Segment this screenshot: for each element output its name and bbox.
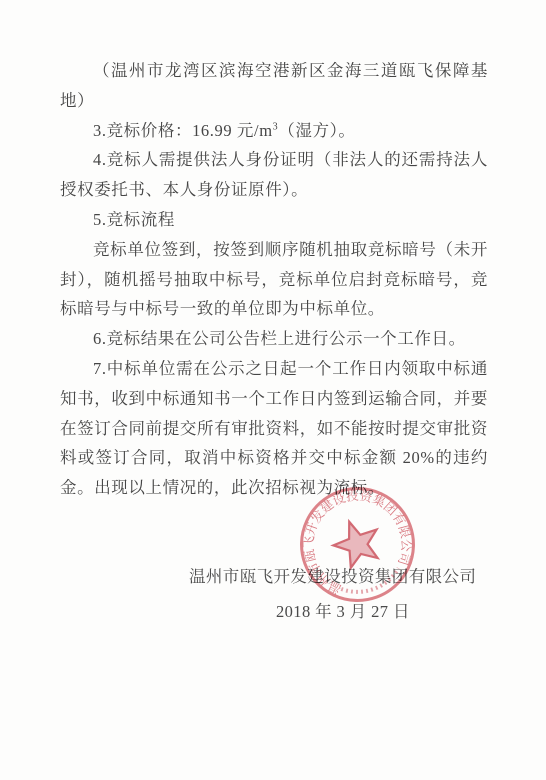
paragraph-item5-body: 竞标单位签到，按签到顺序随机抽取竞标暗号（未开封），随机摇号抽取中标号，竞标单位… bbox=[60, 235, 488, 324]
price-text: 3.竞标价格：16.99 元/m bbox=[93, 121, 273, 140]
document-page: （温州市龙湾区滨海空港新区金海三道瓯飞保障基地） 3.竞标价格：16.99 元/… bbox=[0, 0, 546, 780]
document-body: （温州市龙湾区滨海空港新区金海三道瓯飞保障基地） 3.竞标价格：16.99 元/… bbox=[60, 56, 488, 503]
seal-serial-dots bbox=[341, 568, 402, 599]
paragraph-item7: 7.中标单位需在公示之日起一个工作日内领取中标通知书，收到中标通知书一个工作日内… bbox=[60, 354, 488, 503]
paragraph-item4: 4.竞标人需提供法人身份证明（非法人的还需持法人授权委托书、本人身份证原件）。 bbox=[60, 145, 488, 205]
paragraph-location: （温州市龙湾区滨海空港新区金海三道瓯飞保障基地） bbox=[60, 56, 488, 116]
price-unit-note: （湿方）。 bbox=[278, 121, 355, 140]
seal-star-icon bbox=[328, 514, 386, 571]
paragraph-item6: 6.竞标结果在公司公告栏上进行公示一个工作日。 bbox=[60, 324, 488, 354]
paragraph-item5-title: 5.竞标流程 bbox=[60, 205, 488, 235]
paragraph-price: 3.竞标价格：16.99 元/m3（湿方）。 bbox=[60, 116, 488, 146]
